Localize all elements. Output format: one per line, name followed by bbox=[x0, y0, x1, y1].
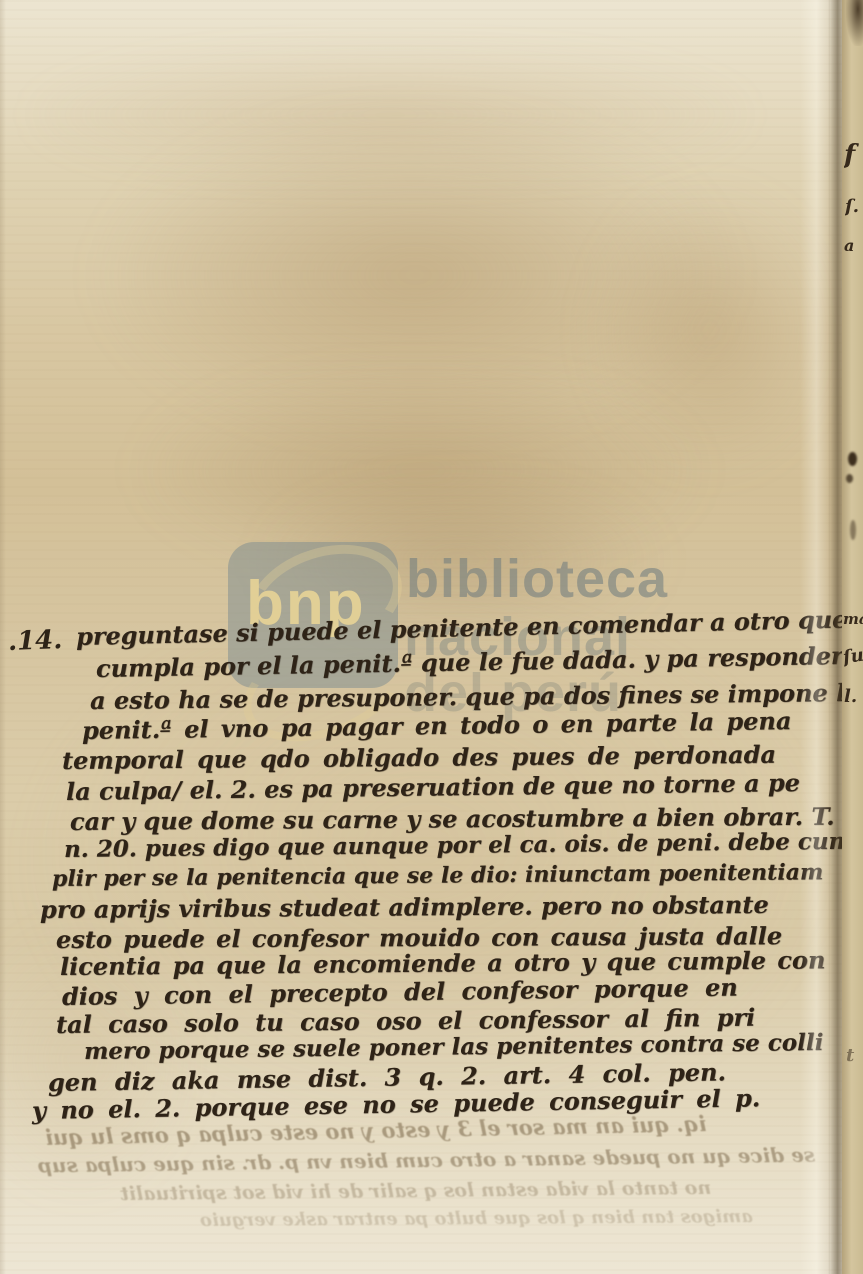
edge-ink-spot bbox=[848, 452, 857, 466]
edge-ink-spot bbox=[846, 474, 853, 483]
edge-ink-fragment: t bbox=[846, 1045, 863, 1066]
edge-ink-fragment: f bbox=[844, 140, 863, 170]
manuscript-line-10: pro aprijs viribus studeat adimplere. pe… bbox=[40, 890, 769, 924]
page-curl-highlight bbox=[800, 0, 830, 1274]
top-right-corner-mark bbox=[846, 0, 863, 46]
folio-number: .14. bbox=[7, 625, 62, 657]
edge-ink-fragment: ſ. bbox=[845, 196, 863, 217]
adjacent-page-sliver: f ſ. a ma ſuig l. p t bbox=[842, 0, 863, 1274]
edge-ink-fragment: ma bbox=[843, 610, 863, 628]
showthrough-line-3: no tanto la vida estan los q salir de hi… bbox=[120, 1177, 711, 1205]
manuscript-scan-page: bnp biblioteca nacional del perú .14. pr… bbox=[0, 0, 863, 1274]
edge-ink-fragment: a bbox=[844, 236, 863, 255]
edge-ink-fragment: l. p bbox=[844, 686, 863, 707]
edge-ink-spot bbox=[850, 520, 856, 540]
edge-ink-fragment: ſuig bbox=[842, 645, 863, 669]
watermark-word-biblioteca: biblioteca bbox=[406, 552, 668, 606]
stain-top-band bbox=[30, 50, 750, 180]
showthrough-line-4: amigos tan bien q los que bulto pa entra… bbox=[200, 1206, 753, 1231]
page-left-edge-shade bbox=[0, 0, 6, 1274]
